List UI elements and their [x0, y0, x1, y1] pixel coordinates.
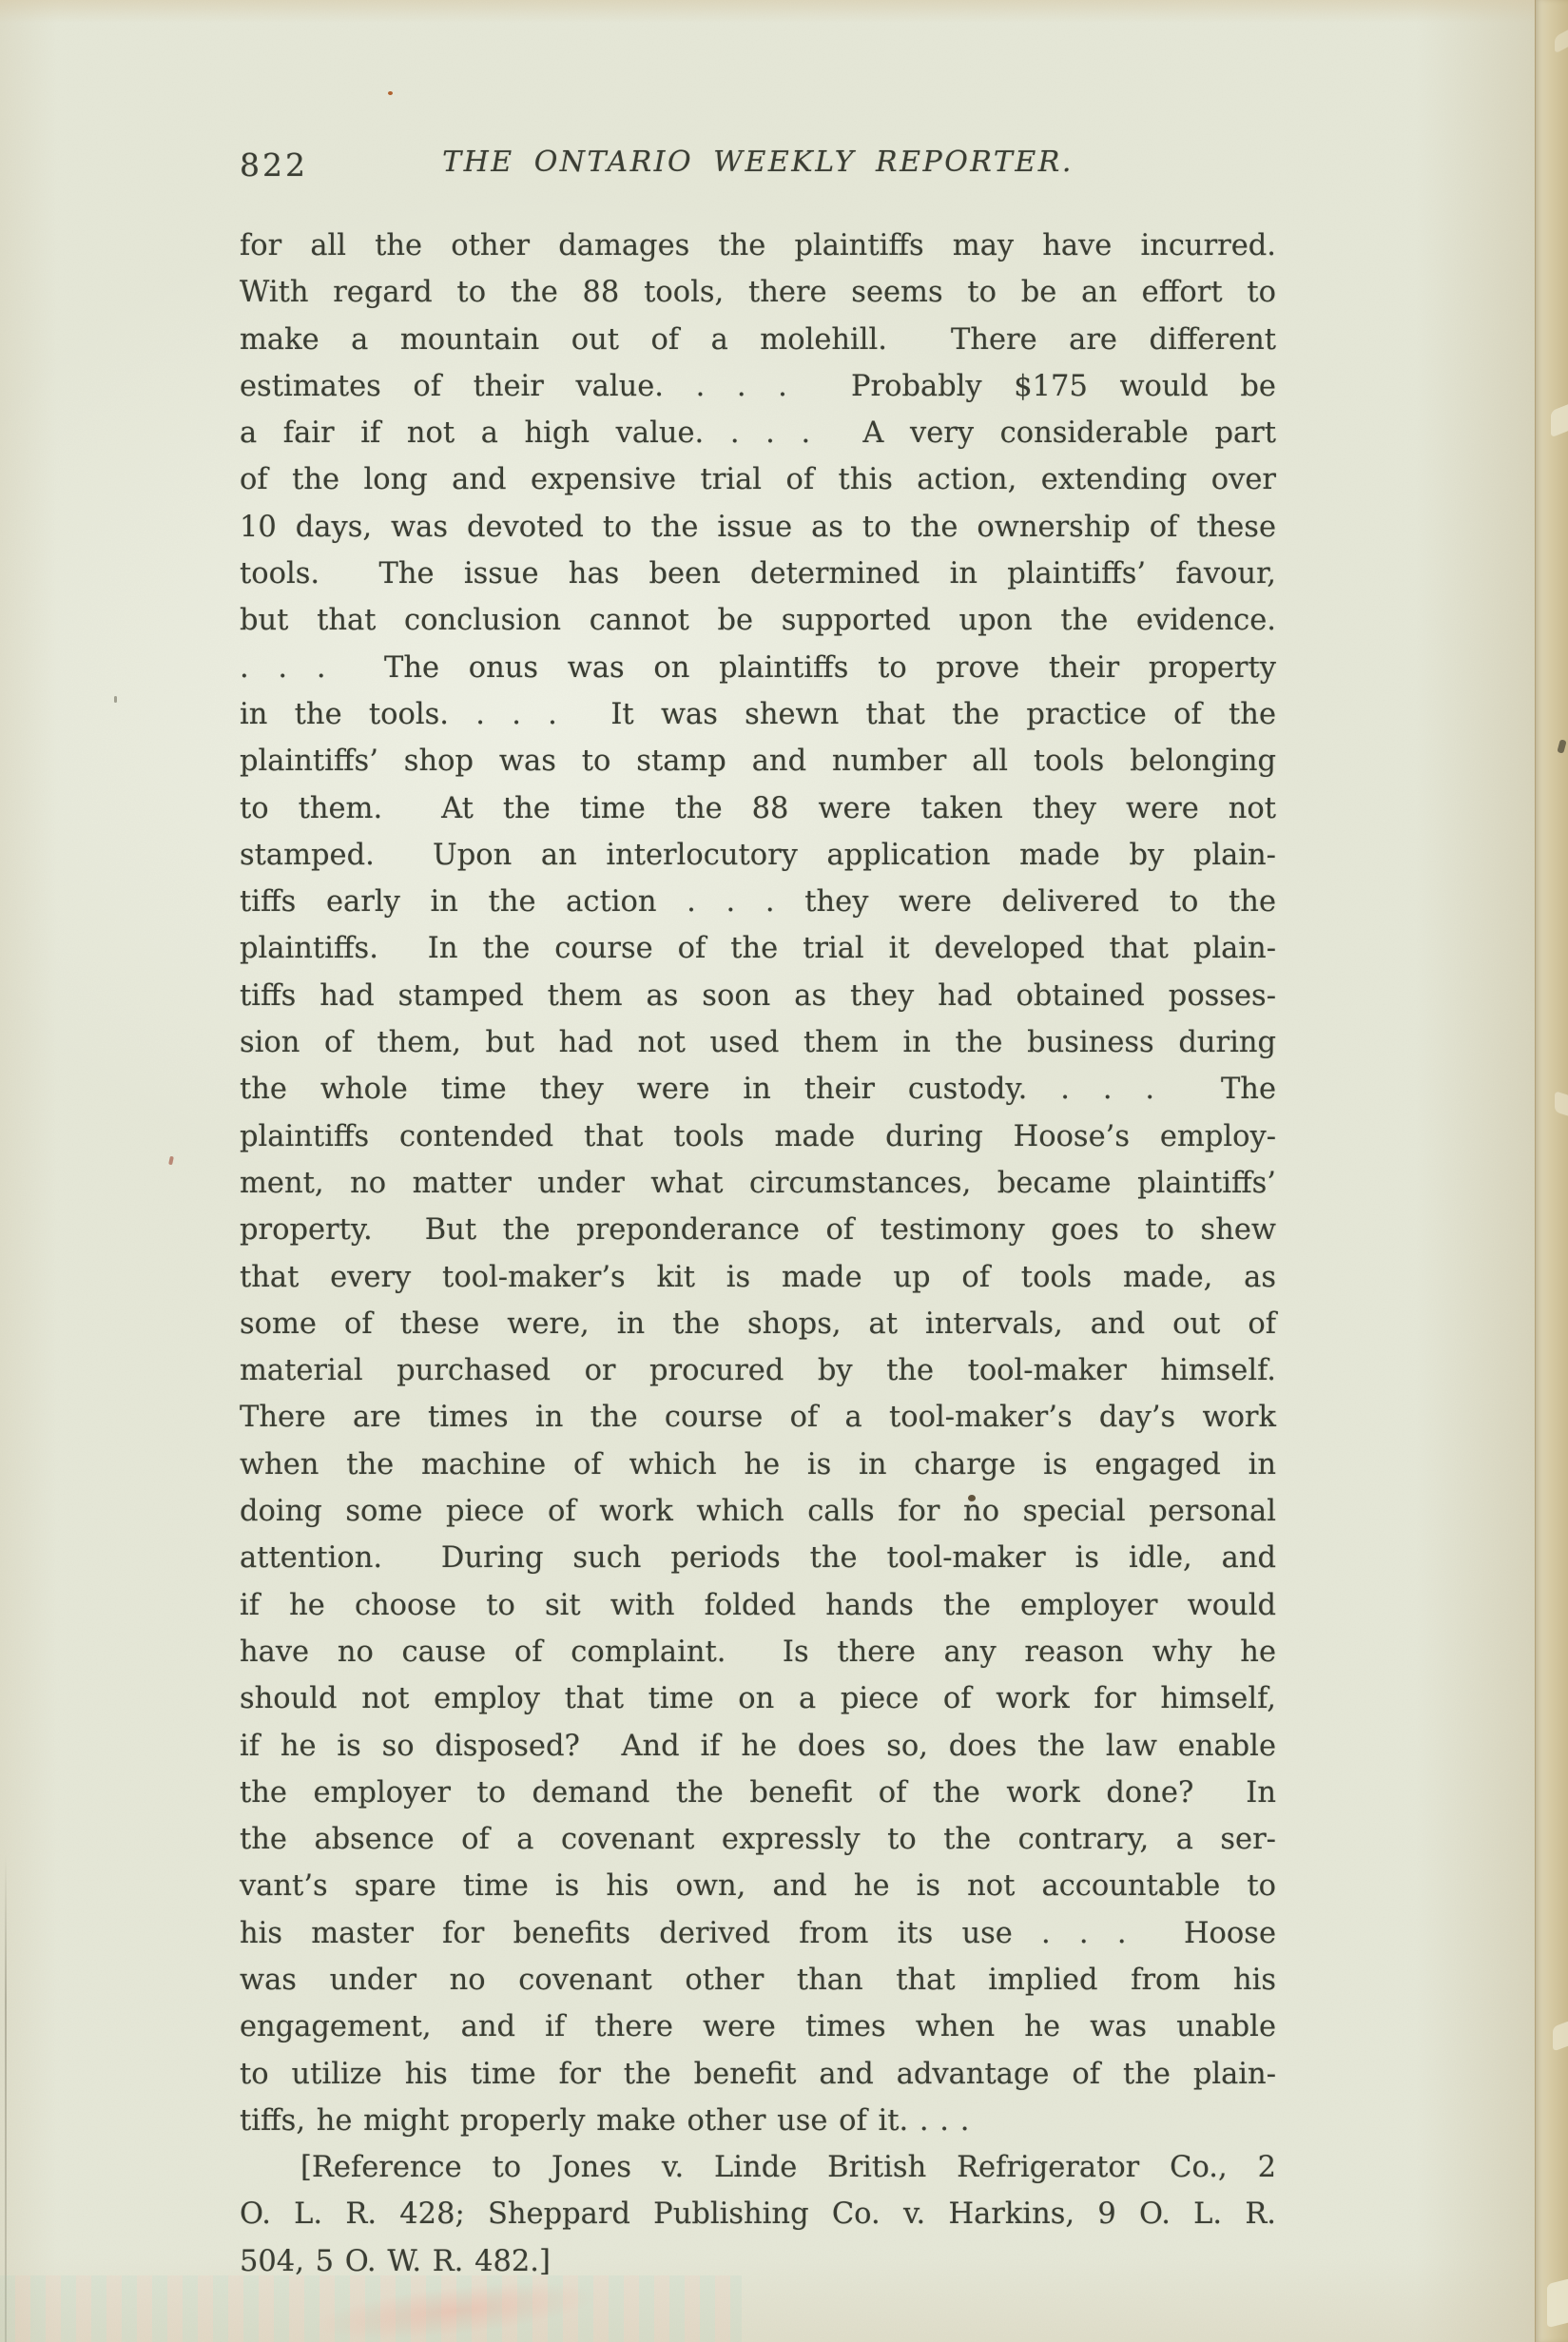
page-edge-notch	[1553, 2020, 1568, 2051]
text-line: plaintiffs. In the course of the trial i…	[240, 925, 1276, 972]
text-line: ment, no matter under what circumstances…	[240, 1160, 1276, 1207]
text-line: some of these were, in the shops, at int…	[240, 1301, 1276, 1347]
text-line: when the machine of which he is in charg…	[240, 1442, 1276, 1488]
page-edge-notch	[1551, 403, 1568, 438]
page-crease	[5, 1854, 7, 2342]
text-line: of the long and expensive trial of this …	[240, 456, 1276, 503]
text-line: attention. During such periods the tool-…	[240, 1535, 1276, 1581]
page-number: 822	[240, 146, 308, 184]
text-line: was under no covenant other than that im…	[240, 1957, 1276, 2003]
text-line: sion of them, but had not used them in t…	[240, 1019, 1276, 1066]
text-line: tools. The issue has been determined in …	[240, 551, 1276, 597]
scanned-page: 822 THE ONTARIO WEEKLY REPORTER. for all…	[0, 0, 1568, 2342]
text-line: O. L. R. 428; Sheppard Publishing Co. v.…	[240, 2191, 1276, 2237]
ink-speck	[168, 1156, 174, 1166]
text-line: have no cause of complaint. Is there any…	[240, 1629, 1276, 1675]
page-edge-notch	[1555, 1091, 1568, 1117]
text-line: make a mountain out of a molehill. There…	[240, 317, 1276, 363]
ink-speck	[114, 696, 117, 703]
text-line: should not employ that time on a piece o…	[240, 1675, 1276, 1722]
text-line: With regard to the 88 tools, there seems…	[240, 269, 1276, 316]
text-line: the employer to demand the benefit of th…	[240, 1770, 1276, 1816]
text-line: if he choose to sit with folded hands th…	[240, 1582, 1276, 1629]
text-line: the whole time they were in their custod…	[240, 1066, 1276, 1113]
text-line: [Reference to Jones v. Linde British Ref…	[240, 2144, 1276, 2191]
text-line: material purchased or procured by the to…	[240, 1347, 1276, 1394]
text-line: in the tools. . . . It was shewn that th…	[240, 691, 1276, 738]
text-line: . . . The onus was on plaintiffs to prov…	[240, 645, 1276, 691]
text-line: but that conclusion cannot be supported …	[240, 597, 1276, 644]
text-line: stamped. Upon an interlocutory applicati…	[240, 832, 1276, 879]
text-line: plaintiffs contended that tools made dur…	[240, 1113, 1276, 1160]
page-edge	[1535, 0, 1568, 2342]
text-line: to them. At the time the 88 were taken t…	[240, 785, 1276, 832]
text-line: to utilize his time for the benefit and …	[240, 2051, 1276, 2098]
body-text: for all the other damages the plaintiffs…	[240, 223, 1276, 2285]
text-line: tiffs had stamped them as soon as they h…	[240, 973, 1276, 1019]
text-line: the absence of a covenant expressly to t…	[240, 1816, 1276, 1863]
text-line: tiffs early in the action . . . they wer…	[240, 879, 1276, 925]
text-line: 10 days, was devoted to the issue as to …	[240, 504, 1276, 551]
text-line: if he is so disposed? And if he does so,…	[240, 1723, 1276, 1770]
page-edge-notch	[1547, 2278, 1568, 2328]
ink-speck	[968, 1495, 976, 1501]
ink-speck	[388, 91, 393, 95]
text-line: engagement, and if there were times when…	[240, 2003, 1276, 2050]
text-line: doing some piece of work which calls for…	[240, 1488, 1276, 1535]
text-line: his master for benefits derived from its…	[240, 1910, 1276, 1957]
text-line: vant’s spare time is his own, and he is …	[240, 1863, 1276, 1909]
text-line: plaintiffs’ shop was to stamp and number…	[240, 738, 1276, 784]
text-line: a fair if not a high value. . . . A very…	[240, 410, 1276, 456]
running-title: THE ONTARIO WEEKLY REPORTER.	[240, 139, 1276, 179]
text-line: for all the other damages the plaintiffs…	[240, 223, 1276, 269]
text-line: that every tool-maker’s kit is made up o…	[240, 1254, 1276, 1301]
text-line: property. But the preponderance of testi…	[240, 1207, 1276, 1253]
text-line: There are times in the course of a tool-…	[240, 1394, 1276, 1441]
page-header: 822 THE ONTARIO WEEKLY REPORTER.	[240, 139, 1276, 190]
text-line: tiffs, he might properly make other use …	[240, 2098, 1276, 2144]
page-edge-notch	[1555, 28, 1568, 54]
text-line: estimates of their value. . . . Probably…	[240, 363, 1276, 410]
